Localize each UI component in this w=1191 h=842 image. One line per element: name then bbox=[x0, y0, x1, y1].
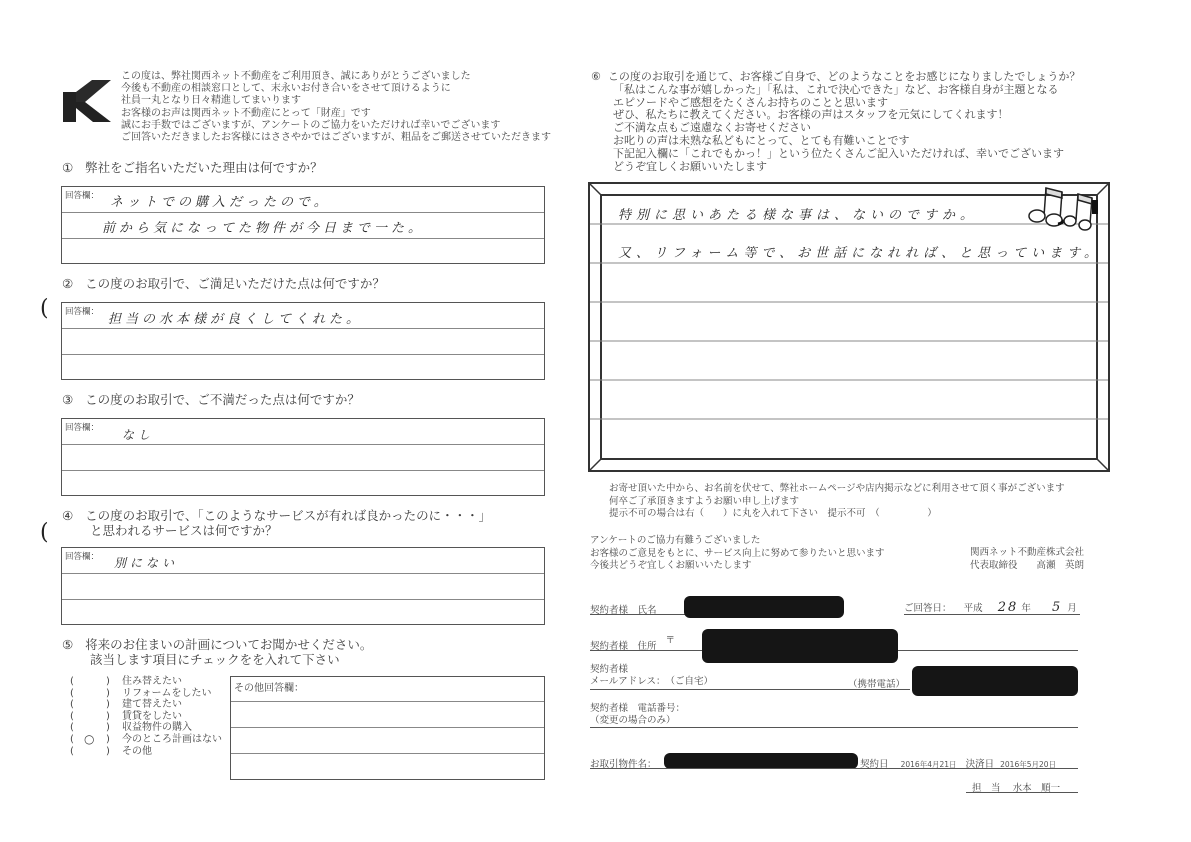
paren-open: ( bbox=[70, 699, 74, 711]
question-3: ③ この度のお取引で、ご不満だった点は何ですか？ bbox=[62, 392, 360, 407]
mobile-label: （携帯電話） bbox=[848, 676, 905, 690]
contract-phone-label: 契約者様 電話番号： （変更の場合のみ） bbox=[590, 703, 685, 727]
option-label: 今のところ計画はない bbox=[122, 734, 222, 746]
question-text-line: どうぞ宜しくお願いいたします bbox=[613, 161, 1080, 174]
answer-box-4[interactable]: 回答欄： 別にない bbox=[61, 547, 545, 625]
publish-notice: お寄せ頂いた中から、お名前を伏せて、弊社ホームページや店内掲示などに利用させて頂… bbox=[609, 483, 1065, 521]
paren-close: ) bbox=[106, 722, 110, 734]
company-signature: 関西ネット不動産株式会社 代表取締役 高瀬 英朗 bbox=[970, 547, 1084, 572]
paren-open: ( bbox=[70, 722, 74, 734]
option-label: 賃貸をしたい bbox=[122, 711, 182, 723]
email-label-2: メールアドレス： （ご自宅） bbox=[590, 676, 713, 688]
intro-text: この度は、弊社関西ネット不動産をご利用頂き、誠にありがとうございました 今後も不… bbox=[121, 71, 551, 144]
question-text-line: この度のお取引を通じて、お客様ご自身で、どのようなことをお感じになりましたでしょ… bbox=[608, 70, 1081, 83]
month-unit: 月 bbox=[1067, 603, 1077, 614]
year-unit: 年 bbox=[1021, 603, 1031, 614]
notice-line: 何卒ご了承頂きますようお願い申し上げます bbox=[609, 496, 1065, 509]
answer-box-3[interactable]: 回答欄： なし bbox=[61, 418, 545, 496]
paren-close: ) bbox=[106, 688, 110, 700]
answer-label: 回答欄： bbox=[65, 305, 99, 317]
answer-line: 特別に思いあたる様な事は、ないのですか。 bbox=[618, 204, 978, 223]
question-text: この度のお取引で、ご不満だった点は何ですか？ bbox=[85, 392, 360, 407]
redacted-property bbox=[664, 753, 858, 769]
thanks-line: 今後共どうぞ宜しくお願いいたします bbox=[590, 560, 885, 573]
thanks-text: アンケートのご協力有難うございました お客様のご意見をもとに、サービス向上に努め… bbox=[590, 535, 885, 573]
option-label: 収益物件の購入 bbox=[122, 722, 192, 734]
margin-mark: ( bbox=[40, 520, 49, 545]
paren-close: ) bbox=[106, 699, 110, 711]
question-number: ④ bbox=[62, 508, 73, 523]
question-1: ① 弊社をご指名いただいた理由は何ですか？ bbox=[62, 160, 323, 175]
answer-box-1[interactable]: 回答欄： ネットでの購入だったので。 前から気になってた物件が今日まで一た。 bbox=[61, 186, 545, 264]
paren-open: ( bbox=[70, 676, 74, 688]
paren-open: ( bbox=[70, 711, 74, 723]
phone-label-1: 契約者様 電話番号： bbox=[590, 703, 685, 715]
paren-close: ) bbox=[106, 746, 110, 758]
paren-close: ) bbox=[106, 676, 110, 688]
answer-line: 別にない bbox=[114, 554, 178, 571]
question-4: ④ この度のお取引で、「このようなサービスが有れば良かったのに・・・」 と思われ… bbox=[62, 508, 491, 538]
answer-line: 又、リフォーム等で、お世話になれれば、と思っています。 bbox=[618, 242, 1102, 261]
answer-line: ネットでの購入だったので。 bbox=[110, 191, 331, 210]
question-number: ② bbox=[62, 276, 73, 291]
phone-underline bbox=[590, 727, 1078, 728]
question-2: ② この度のお取引で、ご満足いただけた点は何ですか？ bbox=[62, 276, 385, 291]
phone-label-2: （変更の場合のみ） bbox=[590, 715, 685, 727]
era-label: 平成 bbox=[964, 603, 983, 614]
option-label: リフォームをしたい bbox=[122, 688, 212, 700]
publish-refusal-checkbox[interactable]: 提示不可の場合は右（ ）に丸を入れて下さい 提示不可 （ ） bbox=[609, 508, 1065, 521]
question-text-line: この度のお取引で、「このようなサービスが有れば良かったのに・・・」 bbox=[85, 508, 491, 523]
option-label: 住み替えたい bbox=[122, 676, 182, 688]
company-name: 関西ネット不動産株式会社 bbox=[970, 547, 1084, 560]
contract-email-label: 契約者様 メールアドレス： （ご自宅） bbox=[590, 664, 713, 688]
intro-line: 誠にお手数ではございますが、アンケートのご協力をいただければ幸いでございます bbox=[121, 120, 551, 132]
answer-line: 前から気になってた物件が今日まで一た。 bbox=[102, 217, 425, 236]
company-logo-icon bbox=[63, 80, 111, 122]
paren-open: ( bbox=[70, 746, 74, 758]
paren-open: ( bbox=[70, 734, 74, 746]
question-text: 弊社をご指名いただいた理由は何ですか？ bbox=[85, 160, 323, 175]
notice-line: お寄せ頂いた中から、お名前を伏せて、弊社ホームページや店内掲示などに利用させて頂… bbox=[609, 483, 1065, 496]
question-text-line: 将来のお住まいの計画についてお聞かせください。 bbox=[85, 637, 372, 652]
paren-open: ( bbox=[70, 688, 74, 700]
answer-line: 担当の水本様が良くしてくれた。 bbox=[108, 308, 363, 327]
property-underline bbox=[590, 768, 1078, 769]
music-notes-icon bbox=[1022, 184, 1104, 232]
date-underline bbox=[904, 614, 1080, 615]
intro-line: 今後も不動産の相談窓口として、末永いお付き合いをさせて頂けるように bbox=[121, 83, 551, 95]
email-underline bbox=[590, 689, 910, 690]
other-answer-label: その他回答欄： bbox=[234, 679, 304, 694]
postal-mark: 〒 bbox=[666, 635, 676, 646]
thanks-line: アンケートのご協力有難うございました bbox=[590, 535, 885, 548]
question-text-line: 下記記入欄に「これでもかっ！」という位たくさんご記入いただければ、幸いでございま… bbox=[613, 148, 1080, 161]
question-text-line: 該当します項目にチェックをを入れて下さい bbox=[62, 652, 372, 667]
thanks-line: お客様のご意見をもとに、サービス向上に努めて参りたいと思います bbox=[590, 548, 885, 561]
question-number: ③ bbox=[62, 392, 73, 407]
redacted-phone bbox=[912, 666, 1078, 696]
option-check-mark[interactable]: ○ bbox=[84, 734, 94, 746]
answer-date-label: ご回答日： bbox=[904, 603, 952, 614]
answer-year[interactable]: 28 bbox=[998, 600, 1019, 615]
representative-name: 代表取締役 高瀬 英朗 bbox=[970, 560, 1084, 573]
intro-line: 社員一丸となり日々精進してまいります bbox=[121, 95, 551, 107]
question-text-line: と思われるサービスは何ですか？ bbox=[62, 523, 491, 538]
intro-line: ご回答いただきましたお客様にはささやかではございますが、粗品をご郵送させていただ… bbox=[121, 132, 551, 144]
margin-mark: ( bbox=[40, 296, 49, 321]
redacted-name bbox=[684, 596, 844, 618]
answer-month[interactable]: 5 bbox=[1052, 600, 1064, 615]
answer-box-2[interactable]: 回答欄： 担当の水本様が良くしてくれた。 bbox=[61, 302, 545, 380]
intro-line: この度は、弊社関西ネット不動産をご利用頂き、誠にありがとうございました bbox=[121, 71, 551, 83]
question-number: ⑥ bbox=[591, 70, 601, 83]
intro-line: お客様のお声は関西ネット不動産にとって「財産」です bbox=[121, 108, 551, 120]
question-text-line: 「私はこんな事が嬉しかった」「私は、これで決心できた」など、お客様自身が主題とな… bbox=[613, 84, 1080, 97]
question-5: ⑤ 将来のお住まいの計画についてお聞かせください。 該当します項目にチェックをを… bbox=[62, 637, 372, 667]
option-label: 建て替えたい bbox=[122, 699, 182, 711]
answer-label: 回答欄： bbox=[65, 189, 99, 201]
paren-close: ) bbox=[106, 711, 110, 723]
answer-label: 回答欄： bbox=[65, 550, 99, 562]
email-label-1: 契約者様 bbox=[590, 664, 713, 676]
question-number: ① bbox=[62, 160, 73, 175]
option-label: その他 bbox=[122, 746, 152, 758]
answer-label: 回答欄： bbox=[65, 421, 99, 433]
staff-underline bbox=[966, 792, 1078, 793]
paren-close: ) bbox=[106, 734, 110, 746]
other-answer-box[interactable]: その他回答欄： bbox=[230, 676, 545, 780]
answer-line: なし bbox=[122, 426, 154, 443]
question-number: ⑤ bbox=[62, 637, 73, 652]
question-text-line: お叱りの声は未熟な私どもにとって、とても有難いことです bbox=[613, 135, 1080, 148]
question-text: この度のお取引で、ご満足いただけた点は何ですか？ bbox=[85, 276, 385, 291]
redacted-address bbox=[702, 629, 898, 663]
answer-date: ご回答日： 平成 28 年 5 月 bbox=[904, 600, 1077, 615]
question-6: ⑥ この度のお取引を通じて、お客様ご自身で、どのようなことをお感じになりましたで… bbox=[591, 71, 1080, 173]
